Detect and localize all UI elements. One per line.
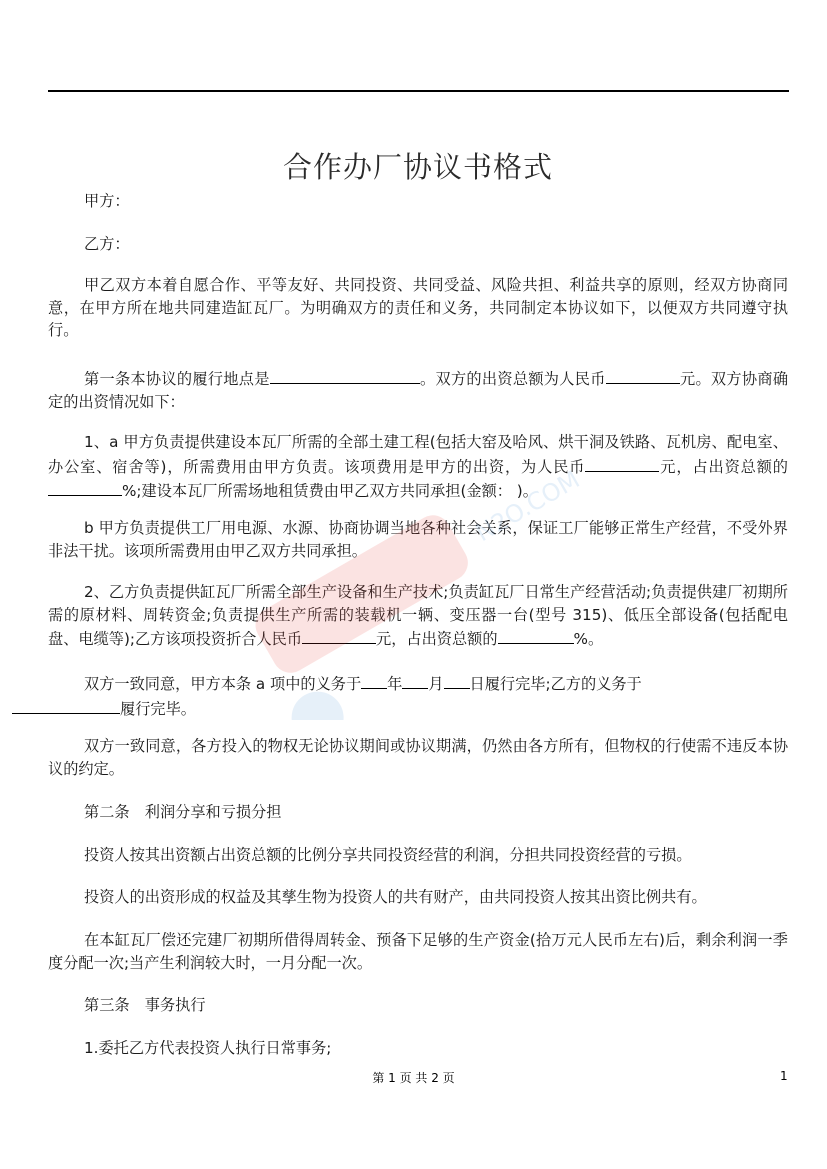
article-3-heading: 第三条 事务执行 [48, 994, 788, 1017]
article-1-paragraph: 第一条本协议的履行地点是。双方的出资总额为人民币元。双方协商确定的出资情况如下： [48, 366, 788, 413]
item-2-text-3: %。 [574, 630, 604, 648]
agreement-1-paragraph: 双方一致同意，甲方本条 a 项中的义务于年月日履行完毕;乙方的义务于履行完毕。 [48, 671, 788, 720]
article-1-text-2: 。双方的出资总额为人民币 [420, 370, 606, 388]
article-2-heading: 第二条 利润分享和亏损分担 [48, 801, 788, 824]
month-label: 月 [428, 675, 443, 693]
year-blank[interactable] [361, 671, 387, 689]
page-number: 1 [780, 1069, 788, 1083]
agreement-1-text-3: 履行完毕。 [120, 700, 196, 718]
intro-paragraph: 甲乙双方本着自愿合作、平等友好、共同投资、共同受益、风险共担、利益共享的原则，经… [48, 274, 788, 342]
article-2-paragraph-3: 在本缸瓦厂偿还完建厂初期所借得周转金、预备下足够的生产资金(拾万元人民币左右)后… [48, 929, 788, 974]
agreement-1-text-2: 日履行完毕;乙方的义务于 [470, 675, 642, 693]
article-2-paragraph-2: 投资人的出资形成的权益及其孳生物为投资人的共有财产，由共同投资人按其出资比例共有… [48, 886, 788, 909]
party-a-percent-blank[interactable] [48, 478, 122, 496]
article-2-paragraph-1: 投资人按其出资额占出资总额的比例分享共同投资经营的利润，分担共同投资经营的亏损。 [48, 844, 788, 867]
day-blank[interactable] [444, 671, 470, 689]
party-b-label: 乙方： [48, 233, 788, 256]
party-a-amount-blank[interactable] [585, 454, 659, 472]
item-1a-text-3: %;建设本瓦厂所需场地租赁费由甲乙双方共同承担(金额： )。 [122, 482, 538, 500]
party-b-amount-blank[interactable] [302, 626, 376, 644]
header-rule [48, 90, 789, 92]
agreement-1-text: 双方一致同意，甲方本条 a 项中的义务于 [84, 675, 361, 693]
document-title: 合作办厂协议书格式 [0, 145, 827, 186]
location-blank[interactable] [270, 366, 420, 384]
year-label: 年 [387, 675, 402, 693]
party-b-percent-blank[interactable] [498, 626, 574, 644]
month-blank[interactable] [402, 671, 428, 689]
article-1-text: 第一条本协议的履行地点是 [84, 370, 270, 388]
agreement-2-paragraph: 双方一致同意，各方投入的物权无论协议期间或协议期满，仍然由各方所有，但物权的行使… [48, 735, 788, 780]
total-amount-blank[interactable] [606, 366, 680, 384]
item-1a-paragraph: 1、a 甲方负责提供建设本瓦厂所需的全部土建工程(包括大窑及哈风、烘干洞及铁路、… [48, 431, 788, 503]
party-a-label: 甲方： [48, 190, 788, 213]
item-2-paragraph: 2、乙方负责提供缸瓦厂所需全部生产设备和生产技术;负责缸瓦厂日常生产经营活动;负… [48, 581, 788, 651]
party-b-deadline-blank[interactable] [12, 696, 120, 714]
item-2-text-2: 元，占出资总额的 [376, 630, 498, 648]
article-3-item-1: 1.委托乙方代表投资人执行日常事务; [48, 1037, 788, 1060]
item-1b-paragraph: b 甲方负责提供工厂用电源、水源、协商协调当地各种社会关系，保证工厂能够正常生产… [48, 517, 788, 562]
page-info: 第 1 页 共 2 页 [0, 1069, 827, 1086]
item-1a-text-2: 元，占出资总额的 [659, 458, 788, 476]
